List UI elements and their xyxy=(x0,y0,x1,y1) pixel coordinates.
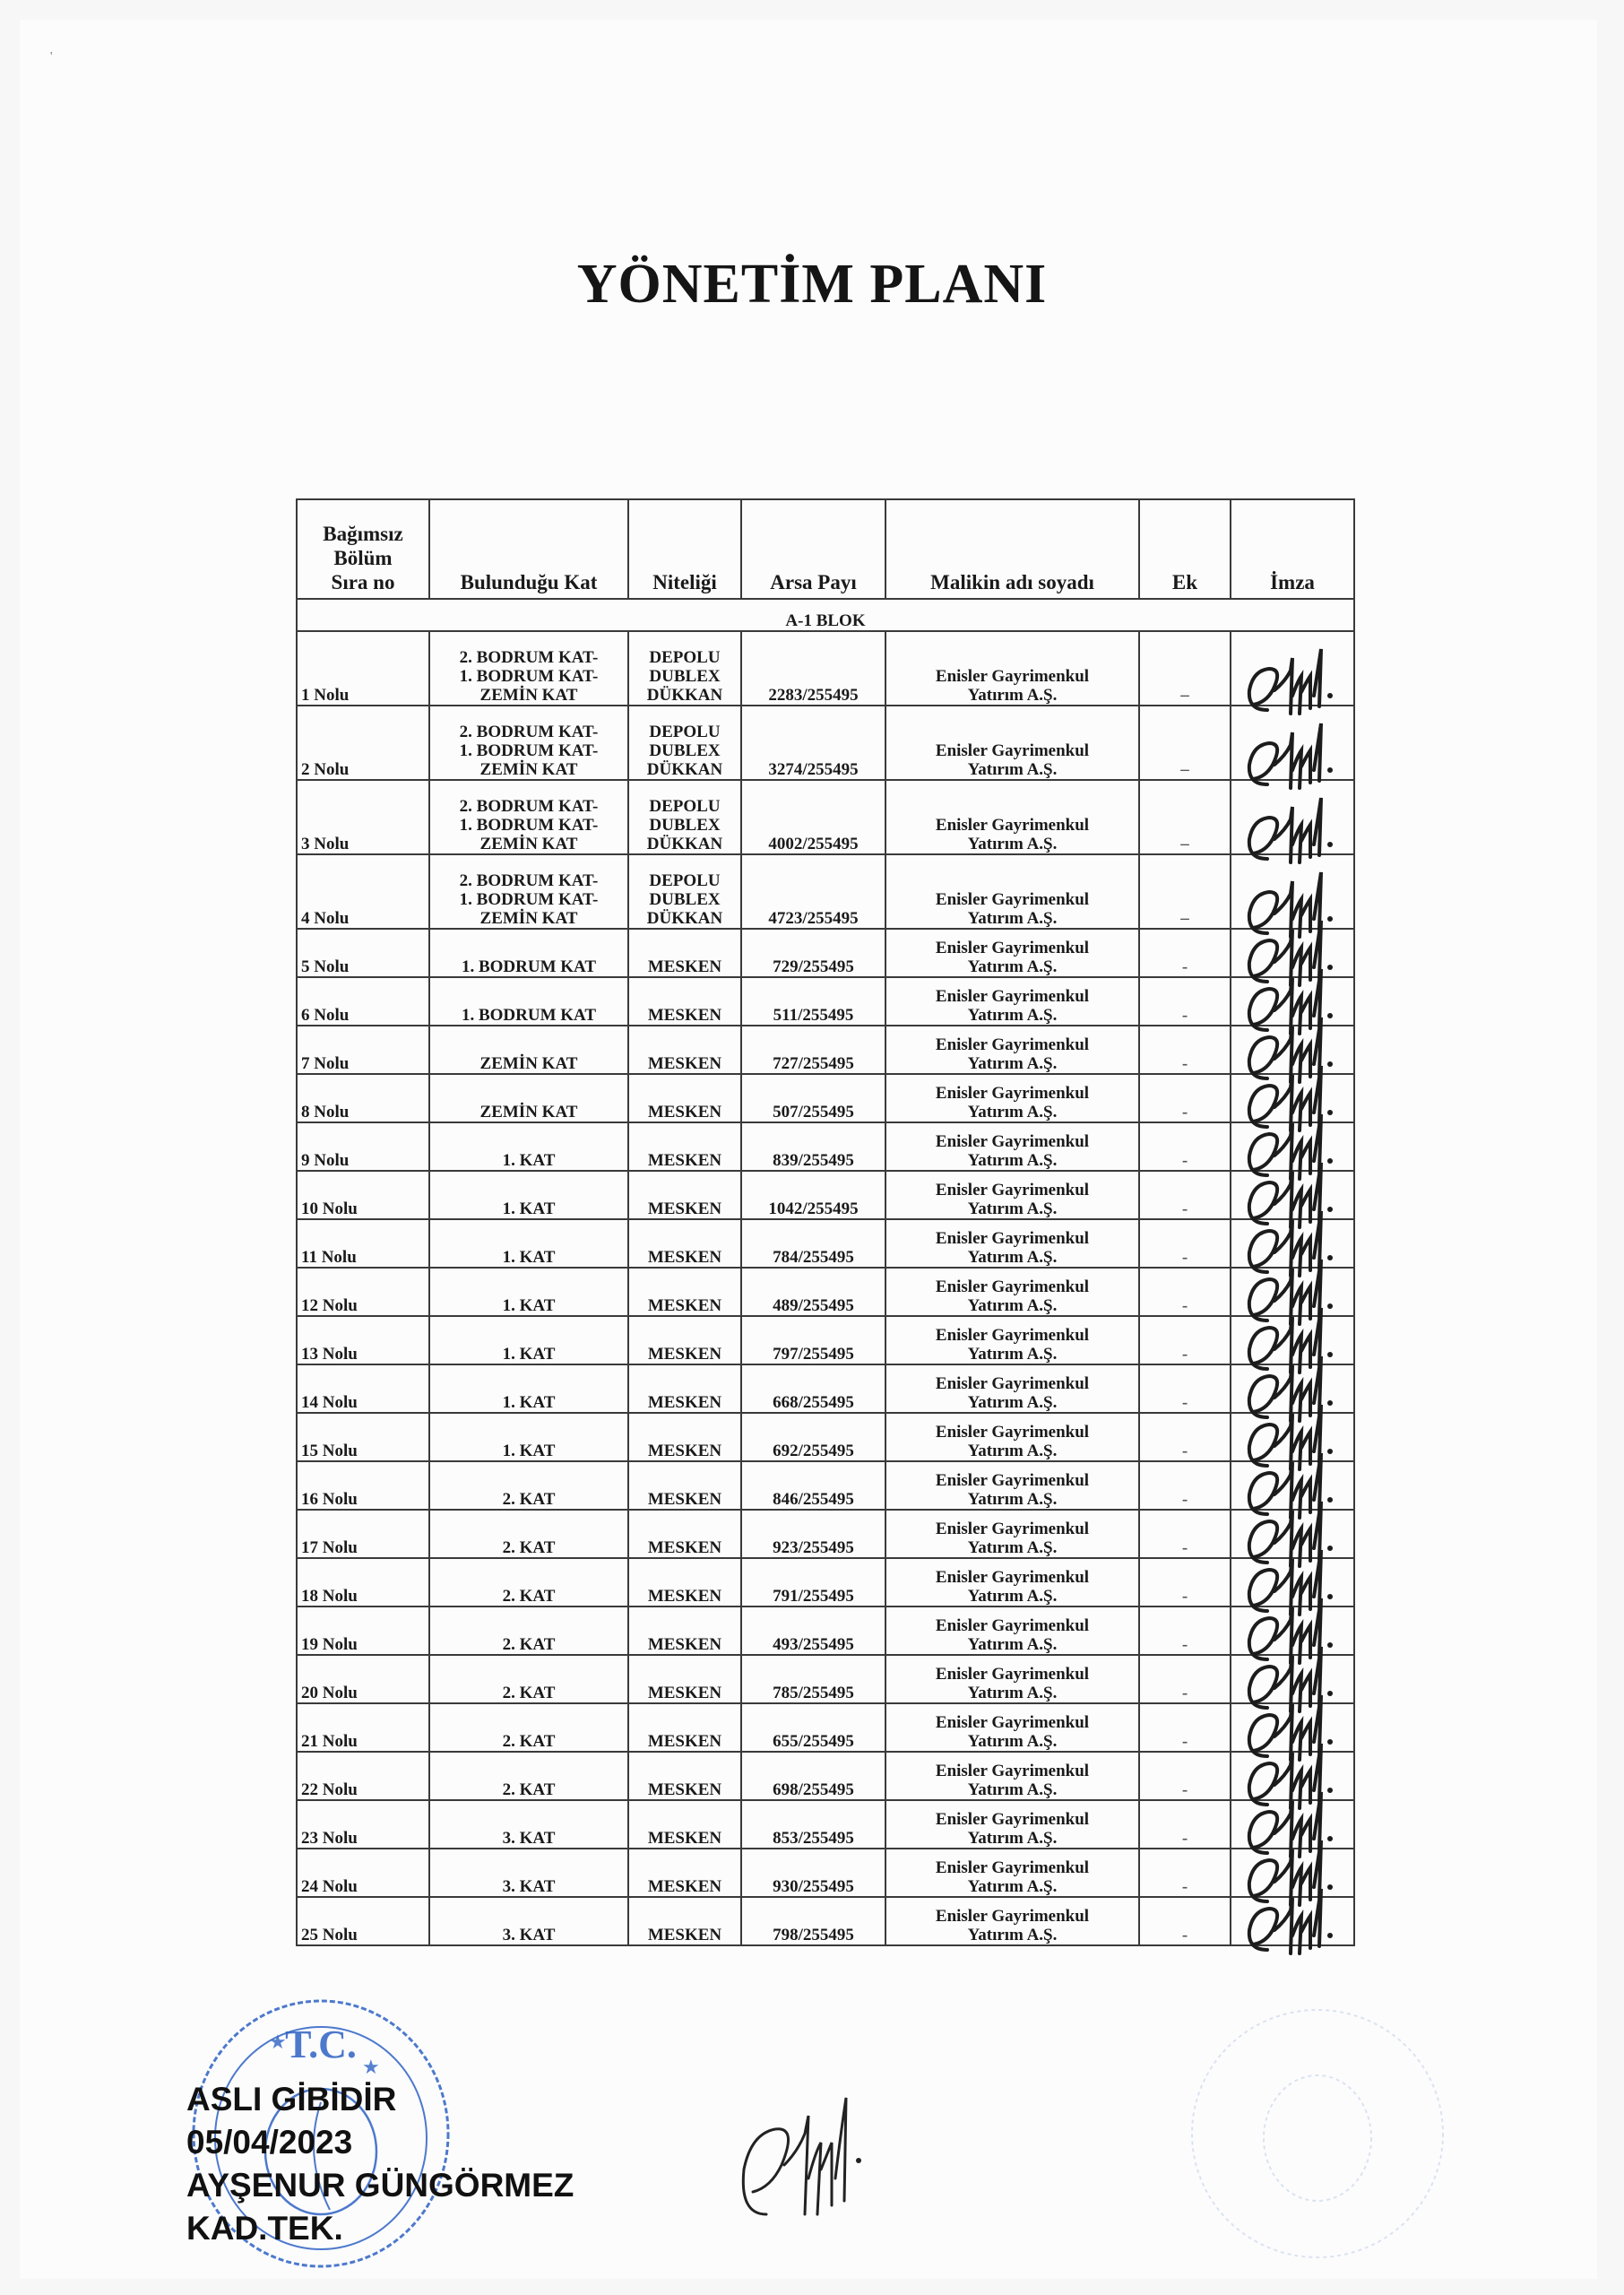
owner-cell: Enisler GayrimenkulYatırım A.Ş. xyxy=(885,1219,1139,1268)
floor-cell: 1. KAT xyxy=(429,1219,628,1268)
annex-cell: - xyxy=(1139,1703,1231,1752)
unit-number: 22 Nolu xyxy=(297,1752,429,1800)
floor-cell: 2. BODRUM KAT-1. BODRUM KAT-ZEMİN KAT xyxy=(429,854,628,929)
table-row: 4 Nolu2. BODRUM KAT-1. BODRUM KAT-ZEMİN … xyxy=(297,854,1354,929)
scan-artifact: ' xyxy=(50,50,53,65)
svg-text:T.C.: T.C. xyxy=(285,2022,357,2066)
unit-number: 10 Nolu xyxy=(297,1171,429,1219)
unit-number: 6 Nolu xyxy=(297,977,429,1026)
page-title: YÖNETİM PLANI xyxy=(0,253,1624,316)
unit-type-cell: MESKEN xyxy=(628,1849,741,1897)
land-share-cell: 930/255495 xyxy=(741,1849,885,1897)
unit-type-cell: MESKEN xyxy=(628,1364,741,1413)
unit-number: 25 Nolu xyxy=(297,1897,429,1945)
owner-cell: Enisler GayrimenkulYatırım A.Ş. xyxy=(885,977,1139,1026)
unit-type-cell: MESKEN xyxy=(628,1703,741,1752)
land-share-cell: 698/255495 xyxy=(741,1752,885,1800)
certification-date: 05/04/2023 xyxy=(186,2121,574,2164)
land-share-cell: 791/255495 xyxy=(741,1558,885,1606)
unit-number: 9 Nolu xyxy=(297,1122,429,1171)
unit-type-cell: MESKEN xyxy=(628,1026,741,1074)
table-row: 24 Nolu3. KATMESKEN930/255495Enisler Gay… xyxy=(297,1849,1354,1897)
unit-type-cell: MESKEN xyxy=(628,1800,741,1849)
floor-cell: 2. KAT xyxy=(429,1510,628,1558)
unit-type-cell: MESKEN xyxy=(628,1655,741,1703)
table-row: 10 Nolu1. KATMESKEN1042/255495Enisler Ga… xyxy=(297,1171,1354,1219)
floor-cell: 3. KAT xyxy=(429,1849,628,1897)
owner-cell: Enisler GayrimenkulYatırım A.Ş. xyxy=(885,1510,1139,1558)
land-share-cell: 785/255495 xyxy=(741,1655,885,1703)
table-row: 23 Nolu3. KATMESKEN853/255495Enisler Gay… xyxy=(297,1800,1354,1849)
land-share-cell: 729/255495 xyxy=(741,929,885,977)
header-niteligi: Niteliği xyxy=(628,499,741,599)
table-row: 12 Nolu1. KATMESKEN489/255495Enisler Gay… xyxy=(297,1268,1354,1316)
floor-cell: 1. BODRUM KAT xyxy=(429,929,628,977)
owner-cell: Enisler GayrimenkulYatırım A.Ş. xyxy=(885,1074,1139,1122)
table-row: 3 Nolu2. BODRUM KAT-1. BODRUM KAT-ZEMİN … xyxy=(297,780,1354,854)
annex-cell: - xyxy=(1139,1219,1231,1268)
unit-type-cell: DEPOLUDUBLEXDÜKKAN xyxy=(628,631,741,706)
unit-number: 19 Nolu xyxy=(297,1606,429,1655)
header-malik: Malikin adı soyadı xyxy=(885,499,1139,599)
floor-cell: 2. KAT xyxy=(429,1703,628,1752)
header-sira-no: BağımsızBölümSıra no xyxy=(297,499,429,599)
land-share-cell: 846/255495 xyxy=(741,1461,885,1510)
svg-text:★: ★ xyxy=(362,2056,380,2078)
signature-cell xyxy=(1231,780,1354,854)
unit-number: 18 Nolu xyxy=(297,1558,429,1606)
signature-cell xyxy=(1231,1897,1354,1945)
annex-cell: - xyxy=(1139,1316,1231,1364)
unit-type-cell: MESKEN xyxy=(628,1510,741,1558)
floor-cell: ZEMİN KAT xyxy=(429,1026,628,1074)
annex-cell: - xyxy=(1139,1510,1231,1558)
table-row: 8 NoluZEMİN KATMESKEN507/255495Enisler G… xyxy=(297,1074,1354,1122)
certification-block: ASLI GİBİDİR 05/04/2023 AYŞENUR GÜNGÖRME… xyxy=(186,2078,574,2250)
floor-cell: 1. KAT xyxy=(429,1268,628,1316)
owner-cell: Enisler GayrimenkulYatırım A.Ş. xyxy=(885,1461,1139,1510)
signature-icon xyxy=(735,2080,914,2241)
unit-type-cell: MESKEN xyxy=(628,1122,741,1171)
floor-cell: 2. BODRUM KAT-1. BODRUM KAT-ZEMİN KAT xyxy=(429,706,628,780)
table-row: 15 Nolu1. KATMESKEN692/255495Enisler Gay… xyxy=(297,1413,1354,1461)
owner-cell: Enisler GayrimenkulYatırım A.Ş. xyxy=(885,706,1139,780)
unit-type-cell: MESKEN xyxy=(628,1316,741,1364)
floor-cell: 2. KAT xyxy=(429,1655,628,1703)
annex-cell: - xyxy=(1139,977,1231,1026)
unit-number: 13 Nolu xyxy=(297,1316,429,1364)
annex-cell: - xyxy=(1139,1800,1231,1849)
table-row: 2 Nolu2. BODRUM KAT-1. BODRUM KAT-ZEMİN … xyxy=(297,706,1354,780)
table-row: 22 Nolu2. KATMESKEN698/255495Enisler Gay… xyxy=(297,1752,1354,1800)
unit-type-cell: MESKEN xyxy=(628,929,741,977)
owner-cell: Enisler GayrimenkulYatırım A.Ş. xyxy=(885,1655,1139,1703)
unit-number: 5 Nolu xyxy=(297,929,429,977)
unit-type-cell: DEPOLUDUBLEXDÜKKAN xyxy=(628,706,741,780)
owner-cell: Enisler GayrimenkulYatırım A.Ş. xyxy=(885,1026,1139,1074)
table-row: 6 Nolu1. BODRUM KATMESKEN511/255495Enisl… xyxy=(297,977,1354,1026)
certifier-name: AYŞENUR GÜNGÖRMEZ xyxy=(186,2164,574,2207)
annex-cell: - xyxy=(1139,1268,1231,1316)
owner-cell: Enisler GayrimenkulYatırım A.Ş. xyxy=(885,929,1139,977)
owner-cell: Enisler GayrimenkulYatırım A.Ş. xyxy=(885,1849,1139,1897)
land-share-cell: 3274/255495 xyxy=(741,706,885,780)
unit-number: 11 Nolu xyxy=(297,1219,429,1268)
table-row: 13 Nolu1. KATMESKEN797/255495Enisler Gay… xyxy=(297,1316,1354,1364)
unit-number: 20 Nolu xyxy=(297,1655,429,1703)
unit-type-cell: MESKEN xyxy=(628,1461,741,1510)
unit-number: 12 Nolu xyxy=(297,1268,429,1316)
owner-cell: Enisler GayrimenkulYatırım A.Ş. xyxy=(885,1703,1139,1752)
unit-number: 14 Nolu xyxy=(297,1364,429,1413)
owner-cell: Enisler GayrimenkulYatırım A.Ş. xyxy=(885,1413,1139,1461)
annex-cell: - xyxy=(1139,1171,1231,1219)
annex-cell: - xyxy=(1139,1026,1231,1074)
floor-cell: 1. KAT xyxy=(429,1122,628,1171)
land-share-cell: 784/255495 xyxy=(741,1219,885,1268)
land-share-cell: 798/255495 xyxy=(741,1897,885,1945)
land-share-cell: 493/255495 xyxy=(741,1606,885,1655)
table-row: 19 Nolu2. KATMESKEN493/255495Enisler Gay… xyxy=(297,1606,1354,1655)
unit-type-cell: MESKEN xyxy=(628,977,741,1026)
certified-copy-label: ASLI GİBİDİR xyxy=(186,2078,574,2121)
table-row: 1 Nolu2. BODRUM KAT-1. BODRUM KAT-ZEMİN … xyxy=(297,631,1354,706)
header-bulundugu-kat: Bulunduğu Kat xyxy=(429,499,628,599)
owner-cell: Enisler GayrimenkulYatırım A.Ş. xyxy=(885,1316,1139,1364)
table-header-row: BağımsızBölümSıra no Bulunduğu Kat Nitel… xyxy=(297,499,1354,599)
floor-cell: ZEMİN KAT xyxy=(429,1074,628,1122)
header-arsa-payi: Arsa Payı xyxy=(741,499,885,599)
land-share-cell: 923/255495 xyxy=(741,1510,885,1558)
unit-type-cell: MESKEN xyxy=(628,1413,741,1461)
unit-number: 4 Nolu xyxy=(297,854,429,929)
unit-type-cell: MESKEN xyxy=(628,1171,741,1219)
owner-cell: Enisler GayrimenkulYatırım A.Ş. xyxy=(885,1558,1139,1606)
land-share-cell: 507/255495 xyxy=(741,1074,885,1122)
unit-number: 21 Nolu xyxy=(297,1703,429,1752)
annex-cell: - xyxy=(1139,1606,1231,1655)
land-share-cell: 727/255495 xyxy=(741,1026,885,1074)
svg-text:★: ★ xyxy=(269,2031,287,2053)
land-share-cell: 797/255495 xyxy=(741,1316,885,1364)
annex-cell: - xyxy=(1139,1558,1231,1606)
unit-type-cell: MESKEN xyxy=(628,1268,741,1316)
floor-cell: 3. KAT xyxy=(429,1897,628,1945)
header-imza: İmza xyxy=(1231,499,1354,599)
annex-cell: - xyxy=(1139,1122,1231,1171)
signature-icon xyxy=(1240,1885,1339,1957)
table-row: 11 Nolu1. KATMESKEN784/255495Enisler Gay… xyxy=(297,1219,1354,1268)
floor-cell: 1. KAT xyxy=(429,1364,628,1413)
table-row: 16 Nolu2. KATMESKEN846/255495Enisler Gay… xyxy=(297,1461,1354,1510)
header-ek: Ek xyxy=(1139,499,1231,599)
unit-type-cell: MESKEN xyxy=(628,1897,741,1945)
unit-type-cell: MESKEN xyxy=(628,1558,741,1606)
signature-cell xyxy=(1231,706,1354,780)
annex-cell: - xyxy=(1139,1364,1231,1413)
table-row: 9 Nolu1. KATMESKEN839/255495Enisler Gayr… xyxy=(297,1122,1354,1171)
land-share-cell: 1042/255495 xyxy=(741,1171,885,1219)
annex-cell: - xyxy=(1139,1752,1231,1800)
annex-cell: - xyxy=(1139,1849,1231,1897)
unit-number: 17 Nolu xyxy=(297,1510,429,1558)
table-row: 7 NoluZEMİN KATMESKEN727/255495Enisler G… xyxy=(297,1026,1354,1074)
land-share-cell: 853/255495 xyxy=(741,1800,885,1849)
block-label: A-1 BLOK xyxy=(297,599,1354,631)
unit-type-cell: MESKEN xyxy=(628,1219,741,1268)
unit-number: 3 Nolu xyxy=(297,780,429,854)
floor-cell: 2. KAT xyxy=(429,1752,628,1800)
floor-cell: 1. KAT xyxy=(429,1171,628,1219)
floor-cell: 2. KAT xyxy=(429,1558,628,1606)
unit-number: 1 Nolu xyxy=(297,631,429,706)
annex-cell: – xyxy=(1139,706,1231,780)
table-row: 20 Nolu2. KATMESKEN785/255495Enisler Gay… xyxy=(297,1655,1354,1703)
land-share-cell: 839/255495 xyxy=(741,1122,885,1171)
unit-type-cell: DEPOLUDUBLEXDÜKKAN xyxy=(628,780,741,854)
unit-type-cell: MESKEN xyxy=(628,1606,741,1655)
table-row: 18 Nolu2. KATMESKEN791/255495Enisler Gay… xyxy=(297,1558,1354,1606)
annex-cell: – xyxy=(1139,780,1231,854)
table-row: 14 Nolu1. KATMESKEN668/255495Enisler Gay… xyxy=(297,1364,1354,1413)
annex-cell: – xyxy=(1139,854,1231,929)
land-share-cell: 4002/255495 xyxy=(741,780,885,854)
land-share-cell: 668/255495 xyxy=(741,1364,885,1413)
owner-cell: Enisler GayrimenkulYatırım A.Ş. xyxy=(885,1606,1139,1655)
land-share-cell: 692/255495 xyxy=(741,1413,885,1461)
annex-cell: - xyxy=(1139,1461,1231,1510)
floor-cell: 1. KAT xyxy=(429,1413,628,1461)
table-row: 25 Nolu3. KATMESKEN798/255495Enisler Gay… xyxy=(297,1897,1354,1945)
table-row: 21 Nolu2. KATMESKEN655/255495Enisler Gay… xyxy=(297,1703,1354,1752)
faint-stamp-icon xyxy=(1183,2004,1452,2264)
annex-cell: - xyxy=(1139,1074,1231,1122)
table-row: 5 Nolu1. BODRUM KATMESKEN729/255495Enisl… xyxy=(297,929,1354,977)
floor-cell: 2. BODRUM KAT-1. BODRUM KAT-ZEMİN KAT xyxy=(429,631,628,706)
unit-type-cell: MESKEN xyxy=(628,1752,741,1800)
unit-number: 23 Nolu xyxy=(297,1800,429,1849)
owner-cell: Enisler GayrimenkulYatırım A.Ş. xyxy=(885,780,1139,854)
table-row: 17 Nolu2. KATMESKEN923/255495Enisler Gay… xyxy=(297,1510,1354,1558)
land-share-cell: 2283/255495 xyxy=(741,631,885,706)
annex-cell: - xyxy=(1139,929,1231,977)
annex-cell: - xyxy=(1139,1655,1231,1703)
certifier-title: KAD.TEK. xyxy=(186,2207,574,2250)
unit-number: 7 Nolu xyxy=(297,1026,429,1074)
land-share-cell: 4723/255495 xyxy=(741,854,885,929)
owner-cell: Enisler GayrimenkulYatırım A.Ş. xyxy=(885,1364,1139,1413)
owner-cell: Enisler GayrimenkulYatırım A.Ş. xyxy=(885,1800,1139,1849)
floor-cell: 2. KAT xyxy=(429,1461,628,1510)
land-share-cell: 655/255495 xyxy=(741,1703,885,1752)
owner-cell: Enisler GayrimenkulYatırım A.Ş. xyxy=(885,1122,1139,1171)
signature-cell xyxy=(1231,631,1354,706)
owner-cell: Enisler GayrimenkulYatırım A.Ş. xyxy=(885,854,1139,929)
owner-cell: Enisler GayrimenkulYatırım A.Ş. xyxy=(885,1268,1139,1316)
unit-number: 8 Nolu xyxy=(297,1074,429,1122)
floor-cell: 3. KAT xyxy=(429,1800,628,1849)
unit-number: 15 Nolu xyxy=(297,1413,429,1461)
owner-cell: Enisler GayrimenkulYatırım A.Ş. xyxy=(885,1752,1139,1800)
unit-number: 16 Nolu xyxy=(297,1461,429,1510)
management-plan-table: BağımsızBölümSıra no Bulunduğu Kat Nitel… xyxy=(296,498,1355,1946)
annex-cell: - xyxy=(1139,1897,1231,1945)
unit-number: 24 Nolu xyxy=(297,1849,429,1897)
floor-cell: 1. KAT xyxy=(429,1316,628,1364)
floor-cell: 1. BODRUM KAT xyxy=(429,977,628,1026)
owner-cell: Enisler GayrimenkulYatırım A.Ş. xyxy=(885,631,1139,706)
owner-cell: Enisler GayrimenkulYatırım A.Ş. xyxy=(885,1897,1139,1945)
floor-cell: 2. BODRUM KAT-1. BODRUM KAT-ZEMİN KAT xyxy=(429,780,628,854)
unit-type-cell: DEPOLUDUBLEXDÜKKAN xyxy=(628,854,741,929)
block-row: A-1 BLOK xyxy=(297,599,1354,631)
annex-cell: – xyxy=(1139,631,1231,706)
land-share-cell: 489/255495 xyxy=(741,1268,885,1316)
unit-number: 2 Nolu xyxy=(297,706,429,780)
owner-cell: Enisler GayrimenkulYatırım A.Ş. xyxy=(885,1171,1139,1219)
annex-cell: - xyxy=(1139,1413,1231,1461)
unit-type-cell: MESKEN xyxy=(628,1074,741,1122)
land-share-cell: 511/255495 xyxy=(741,977,885,1026)
floor-cell: 2. KAT xyxy=(429,1606,628,1655)
